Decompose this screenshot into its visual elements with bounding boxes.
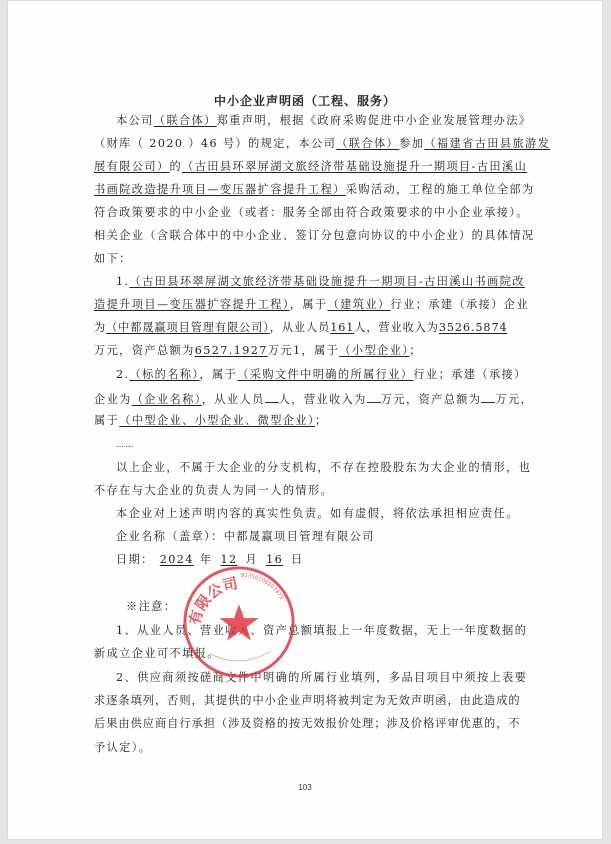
company-signature: 企业名称（盖章）：中都晟赢项目管理有限公司 [116, 530, 512, 544]
note2-line-1: 2、供应商须按磋商文件中明确的所属行业填列，多品目项目中须按上表要 [116, 671, 512, 685]
item1-line-3: 为（中都晟赢项目管理有限公司），从业人员161人，营业收入为3526.5874 [94, 321, 512, 335]
filled-field: （古田县环翠屏湖文旅经济带基础设施提升一期项目-古田溪山 [182, 160, 527, 173]
page-number: 103 [8, 783, 602, 792]
note2-line-3: 后果由供应商自行承担（涉及资格的按无效报价处理；涉及价格评审优惠的，不 [94, 717, 512, 731]
text: 人，营业收入为 [354, 321, 439, 334]
text: 万元， [495, 393, 533, 406]
stamp-number: 91350100207473 [241, 573, 284, 601]
statement-line-2: 不存在与大企业的负责人为同一人的情形。 [94, 484, 512, 498]
text: 属于 [94, 414, 119, 427]
note2-line-2: 求逐条填列，否则，其提供的中小企业声明将被判定为无效声明函，由此造成的 [94, 694, 512, 708]
text: 郑重声明，根据《政府采购促进中小企业发展管理办法》 [217, 114, 532, 127]
text: ； [409, 344, 422, 357]
text: 参加 [399, 137, 424, 150]
blank-field [265, 391, 279, 403]
date-label: 日期： [116, 553, 154, 566]
document-page: 中小企业声明函（工程、服务） 本公司（联合体）郑重声明，根据《政府采购促进中小企… [8, 1, 602, 839]
text: ； [315, 414, 328, 427]
intro-line-6: 相关企业（含联合体中的中小企业、签订分包意向协议的中小企业）的具体情况 [94, 229, 512, 243]
date-line: 日期：2024年12月16日 [116, 553, 512, 567]
text: ，属于 [290, 298, 328, 311]
item1-line-1: 1.（古田县环翠屏湖文旅经济带基础设施提升一期项目-古田溪山书画院改 [116, 275, 512, 289]
filled-field: 书画院改造提升项目—变压器扩容提升工程） [94, 183, 346, 196]
text: 为 [94, 321, 106, 334]
item-number: 2. [116, 368, 129, 381]
filled-field: 造提升项目—变压器扩容提升工程） [94, 298, 290, 311]
placeholder-field: （企业名称） [132, 393, 202, 406]
text: 的 [170, 160, 183, 173]
text: 行业；承建（承接）企业 [391, 298, 529, 311]
page-title: 中小企业声明函（工程、服务） [8, 92, 602, 109]
filled-field: （福建省古田县旅游发 [424, 137, 550, 150]
filled-field: （联合体） [154, 114, 217, 127]
item1-line-4: 万元，资产总额为6527.1927万元1，属于（小型企业）； [94, 344, 512, 358]
note1-line-2: 新成立企业可不填报。 [94, 647, 512, 661]
filled-field: （建筑业） [328, 298, 391, 311]
note1-line-1: 1、从业人员、营业收入、资产总额填报上一年度数据，无上一年度数据的 [116, 624, 512, 638]
intro-line-2: （财库（ 2020 ）46 号）的规定，本公司（联合体）参加（福建省古田县旅游发 [94, 137, 512, 151]
intro-line-7: 如下： [94, 252, 512, 266]
text: 人，营业收入为 [279, 393, 367, 406]
filled-field: 展有限公司） [94, 160, 170, 173]
text: 万元1，属于 [268, 344, 339, 357]
placeholder-field: （中型企业、小型企业、微型企业） [119, 414, 315, 427]
filled-field: （小型企业） [339, 344, 409, 357]
item2-line-2: 企业为（企业名称），从业人员人，营业收入为万元，资产总额为万元， [94, 391, 512, 407]
signature-company-name: 中都晟赢项目管理有限公司 [224, 530, 375, 543]
text: 万元，资产总额为 [94, 344, 195, 357]
text: ，属于 [199, 368, 237, 381]
text: 企业为 [94, 393, 132, 406]
item-number: 1. [116, 275, 129, 288]
blank-field [481, 391, 495, 403]
placeholder-field: （采购文件中明确的所属行业） [237, 368, 413, 381]
filled-field: （古田县环翠屏湖文旅经济带基础设施提升一期项目-古田溪山书画院改 [129, 275, 524, 288]
intro-line-5: 符合政策要求的中小企业（或者：服务全部由符合政策要求的中小企业承接）。 [94, 206, 512, 220]
text: （财库（ 2020 ）46 号）的规定，本公司 [94, 137, 336, 150]
note2-line-4: 予认定）。 [94, 741, 512, 755]
text: ，从业人员 [202, 393, 265, 406]
text: 万元，资产总额为 [381, 393, 482, 406]
placeholder-field: （标的名称） [129, 368, 199, 381]
filled-field: 6527.1927 [195, 344, 268, 357]
intro-line-3: 展有限公司）的（古田县环翠屏湖文旅经济带基础设施提升一期项目-古田溪山 [94, 160, 512, 174]
intro-line-1: 本公司（联合体）郑重声明，根据《政府采购促进中小企业发展管理办法》 [116, 114, 512, 128]
filled-field: （联合体） [336, 137, 399, 150]
item1-line-2: 造提升项目—变压器扩容提升工程），属于（建筑业）行业；承建（承接）企业 [94, 298, 512, 312]
statement-line-1: 以上企业，不属于大企业的分支机构，不存在控股股东为大企业的情形，也 [116, 461, 512, 475]
text: 行业；承建（承接） [413, 368, 526, 381]
company-seal-stamp-icon: 有限公司 91350100207473 [180, 563, 298, 681]
text: 本公司 [116, 114, 154, 127]
signature-label: 企业名称（盖章）： [116, 530, 224, 543]
filled-field: 161 [330, 321, 354, 334]
ellipsis: …… [116, 438, 512, 452]
text: ，从业人员 [270, 321, 330, 334]
blank-field [367, 391, 381, 403]
intro-line-4: 书画院改造提升项目—变压器扩容提升工程）采购活动，工程的施工单位全部为 [94, 183, 512, 197]
filled-field: 3526.5874 [439, 321, 508, 334]
item2-line-3: 属于（中型企业、小型企业、微型企业）； [94, 414, 512, 428]
filled-field: （中都晟赢项目管理有限公司） [106, 321, 270, 334]
svg-text:91350100207473: 91350100207473 [241, 573, 284, 601]
responsibility-statement: 本企业对上述声明内容的真实性负责。如有虚假，将依法承担相应责任。 [116, 507, 512, 521]
item2-line-1: 2.（标的名称），属于（采购文件中明确的所属行业）行业；承建（承接） [116, 368, 512, 382]
text: 采购活动，工程的施工单位全部为 [346, 183, 535, 196]
